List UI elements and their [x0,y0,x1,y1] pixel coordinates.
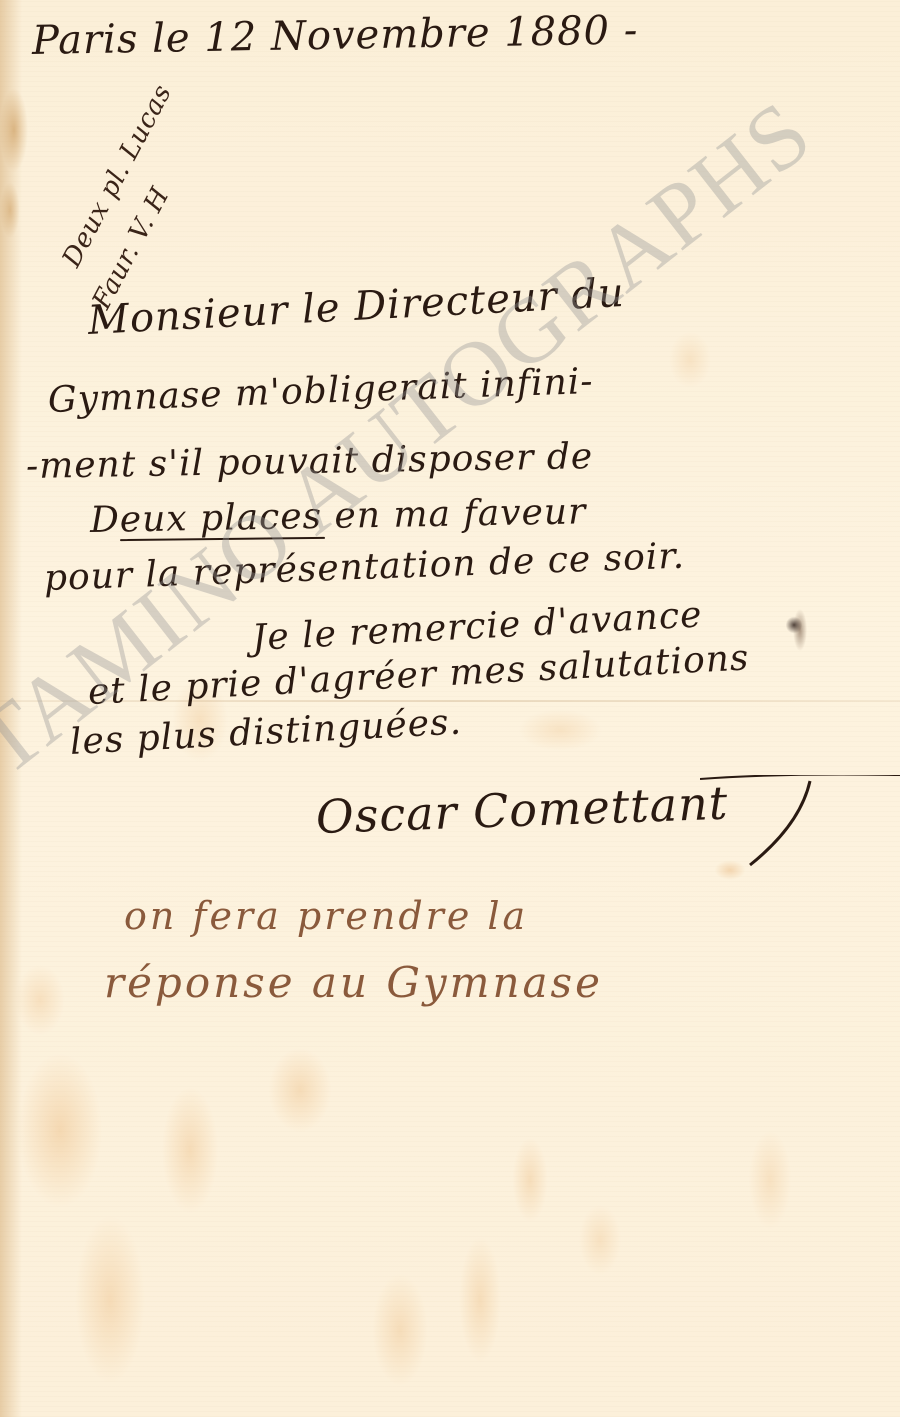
paper-edge-stain [0,0,22,1417]
signature-flourish [700,775,900,875]
dateline: Paris le 12 Novembre 1880 - [32,7,639,64]
letter-page: Paris le 12 Novembre 1880 - Deux pl. Luc… [0,0,900,1417]
body-line-1: Gymnase m'obligerait infini- [47,361,594,421]
salutation: Monsieur le Directeur du [87,270,626,344]
signature: Oscar Comettant [315,776,729,844]
postscript-line-1: on fera prendre la [124,894,528,938]
body-line-3: Deux places en ma faveur [90,491,587,541]
body-line-2: -ment s'il pouvait disposer de [26,436,594,487]
body-line-4: pour la représentation de ce soir. [43,536,685,599]
postscript-line-2: réponse au Gymnase [104,958,603,1007]
ink-blot [786,616,802,634]
